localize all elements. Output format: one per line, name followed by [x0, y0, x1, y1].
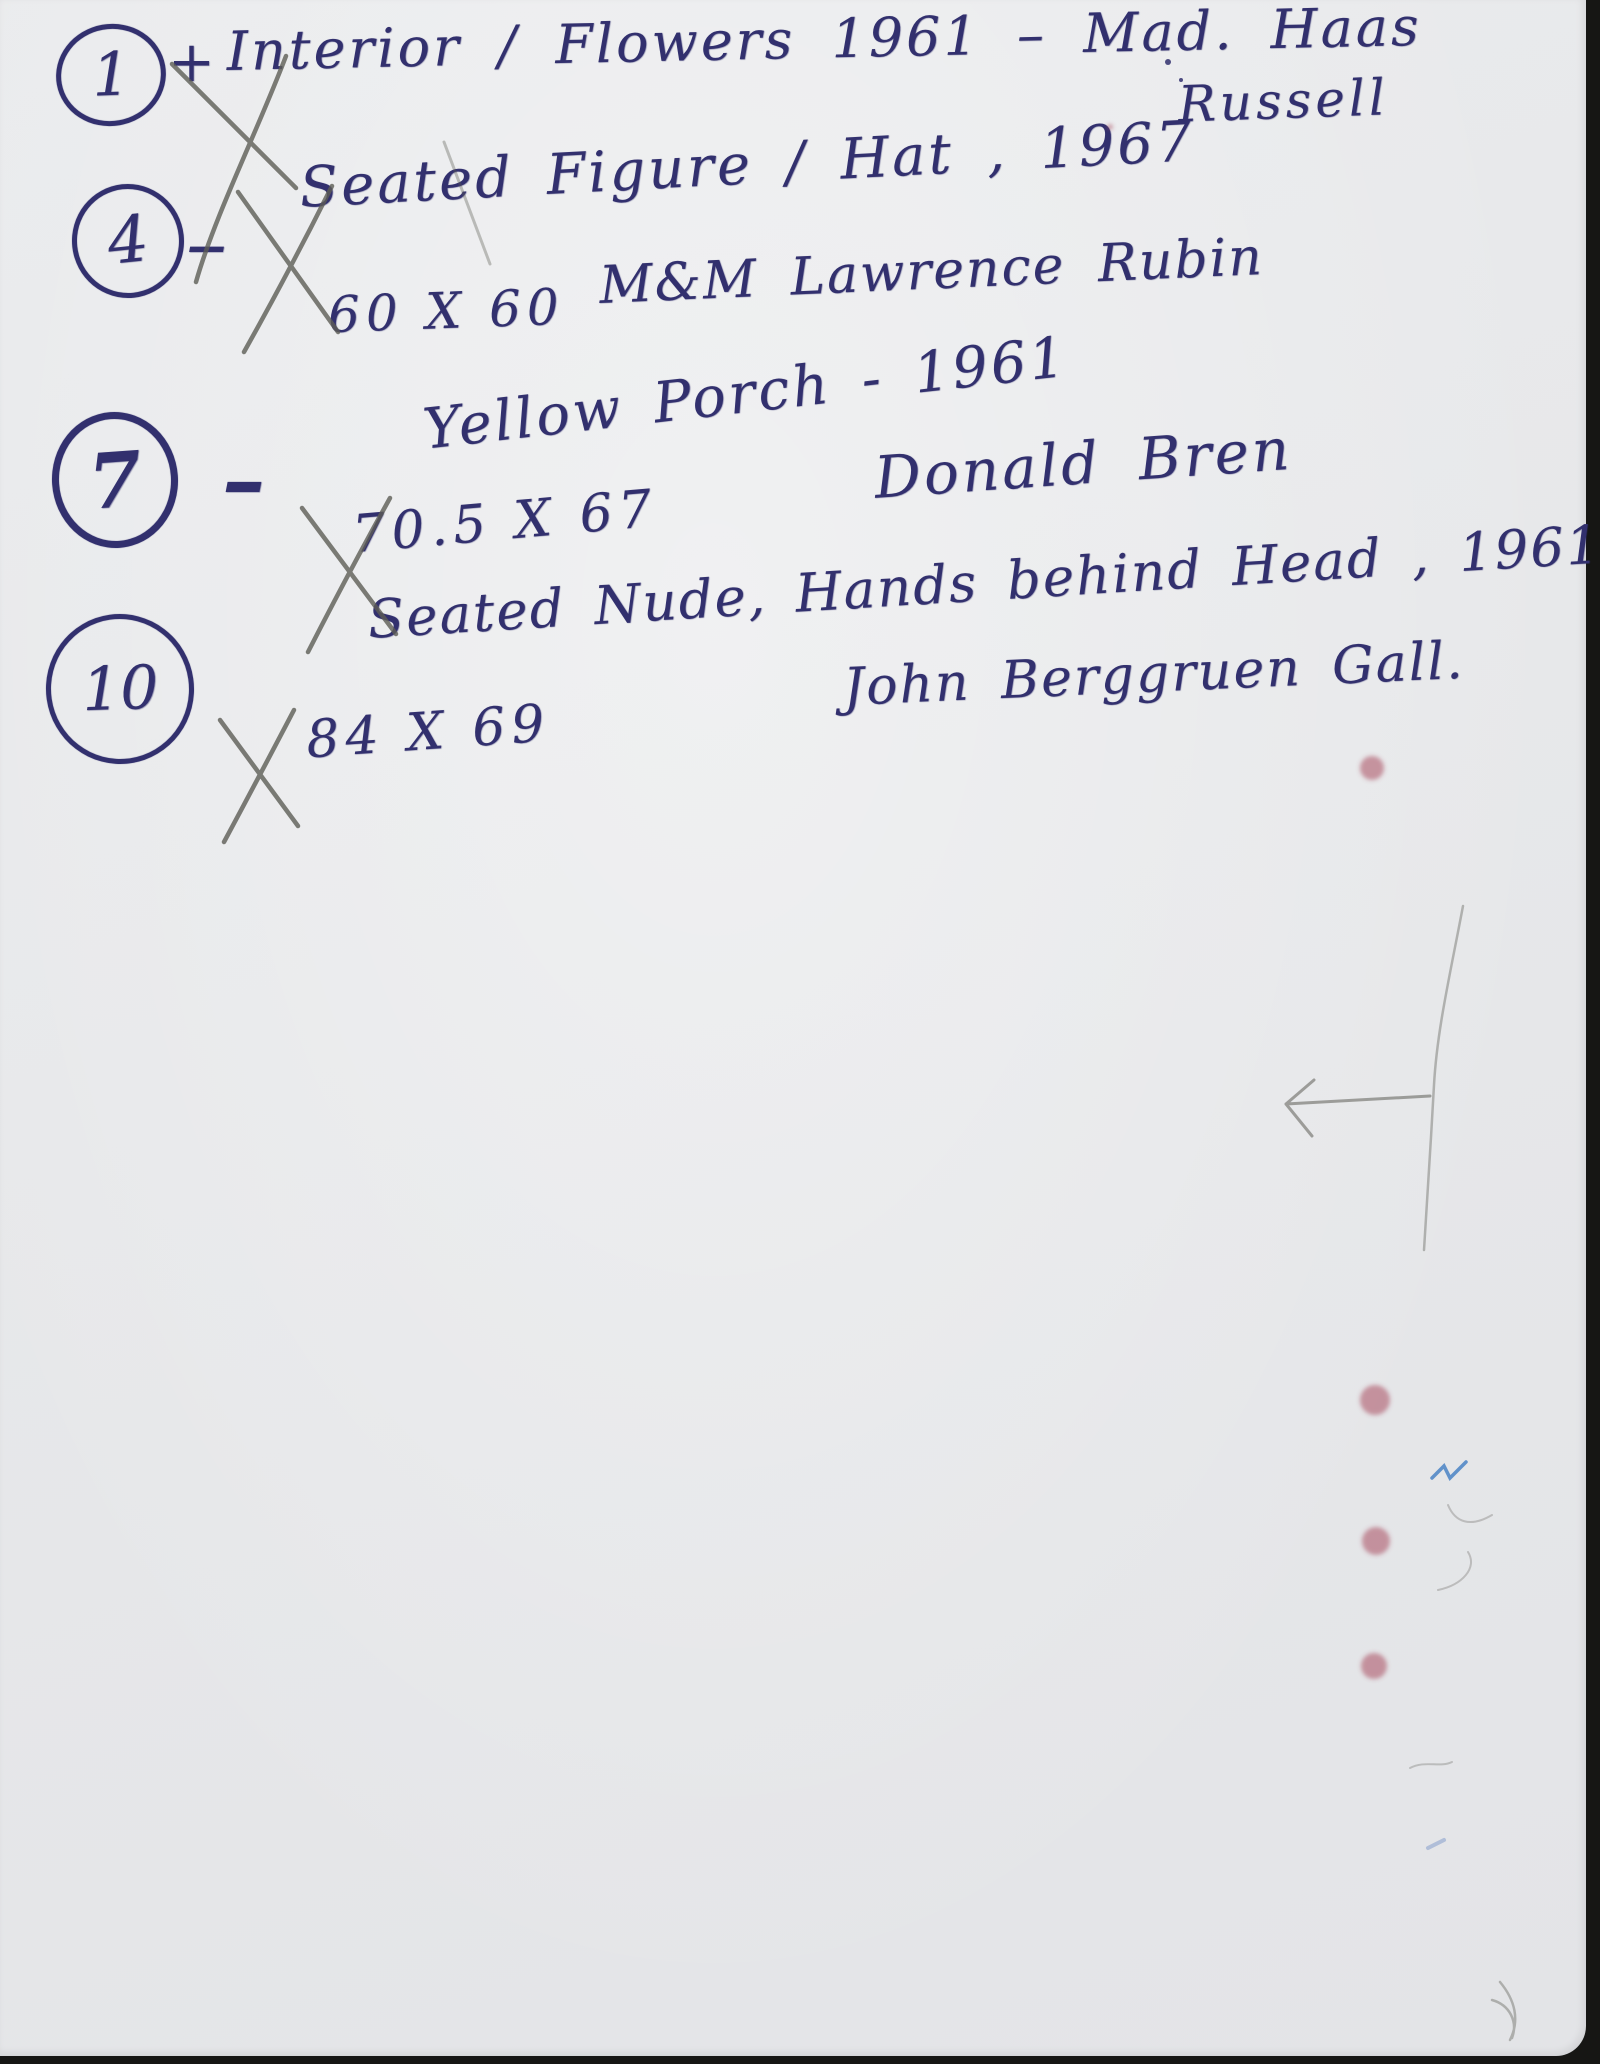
entry-10-number-circle: 10 [36, 604, 203, 773]
entry-1-number-circle: 1 [48, 15, 174, 135]
entry-1-owner-line2: Russell [1177, 68, 1390, 133]
entry-10-owner: John Berggruen Gall. [842, 631, 1466, 718]
entry-10-number: 10 [81, 653, 160, 726]
entry-7-number-circle: 7 [47, 408, 182, 552]
entry-4-number-circle: 4 [66, 178, 189, 303]
entry-1-title: Interior / Flowers 1961 – Mad. Haas [226, 0, 1422, 83]
entry-7-dash-marker: – [222, 430, 265, 531]
entry-7-owner: Donald Bren [872, 415, 1294, 512]
entry-4-owner: M&M Lawrence Rubin [598, 227, 1265, 316]
entry-1-plus-marker: + [168, 30, 215, 95]
entry-1-number: 1 [91, 39, 132, 110]
entry-7-number: 7 [86, 434, 145, 526]
entry-10-dimensions: 84 X 69 [304, 694, 552, 771]
paper-sheet: 1 + Interior / Flowers 1961 – Mad. Haas … [0, 0, 1586, 2056]
entry-4-number: 4 [104, 202, 152, 280]
entry-4-title: Seated Figure / Hat , 1967 [298, 109, 1196, 221]
entry-4-dimensions: 60 X 60 [327, 278, 566, 344]
entry-7-dimensions: 70.5 X 67 [350, 479, 660, 565]
entry-4-dash-marker: – [186, 196, 227, 291]
